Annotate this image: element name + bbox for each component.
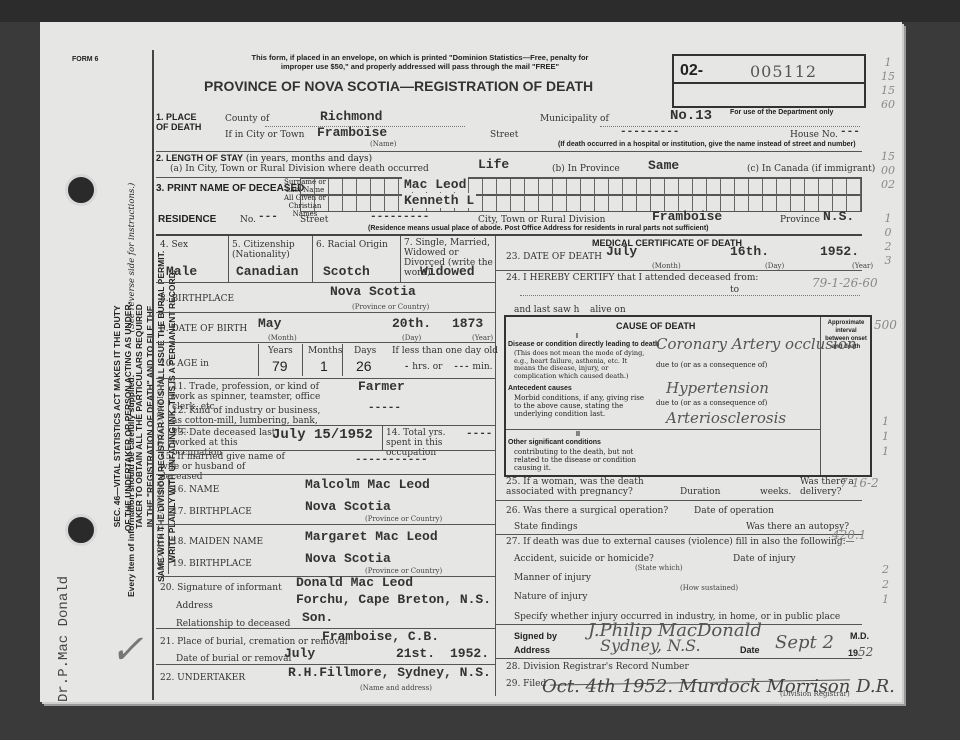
day-caption: (Day) [402, 334, 421, 342]
industry-value: ----- [368, 402, 401, 414]
residence-street-value: --------- [370, 211, 429, 223]
weeks-label: weeks. [760, 487, 791, 497]
check-mark-icon: ✓ [110, 627, 144, 673]
years-value: 79 [272, 358, 288, 374]
burial-day: 21st. [396, 646, 435, 661]
residence-province-value: N.S. [823, 209, 854, 224]
divider [496, 534, 862, 535]
cell-divider [228, 236, 229, 282]
street-label: Street [490, 130, 518, 140]
margin-note: 1 [882, 414, 889, 429]
hrs-min-row: - hrs. or --- min. [404, 362, 492, 372]
citizenship-value: Canadian [236, 264, 298, 279]
due-to-label: due to (or as a consequence of) [656, 399, 767, 407]
residence-note: (Residence means usual place of abode. P… [368, 225, 709, 232]
divider [168, 425, 495, 426]
given-names-value: Kenneth L [402, 193, 476, 208]
physician-stamp: Dr.P.Mac Donald [56, 576, 72, 702]
hrs-label: hrs. or [412, 362, 442, 372]
stay-province-value: Same [648, 158, 679, 173]
house-value: --- [840, 126, 860, 138]
province-caption: (Province or Country) [365, 515, 442, 523]
stay-province-label: (b) In Province [552, 164, 620, 174]
trade-value: Farmer [358, 379, 405, 394]
box-divider [674, 82, 864, 84]
margin-note: 15 [876, 150, 900, 164]
filed-note: Oct. 4th 1952. Murdock Morrison D.R. [542, 676, 895, 697]
antecedent-label: Antecedent causes [508, 385, 572, 392]
margin-note: 2 [876, 240, 900, 254]
filed-label: 29. Filed [506, 679, 546, 689]
margin-note: 3 [876, 254, 900, 268]
accident-label: Accident, suicide or homicide? [514, 554, 654, 564]
age-label: 10. AGE in [160, 359, 209, 369]
stay-city-label: (a) In City, Town or Rural Division wher… [170, 164, 429, 174]
physician-address-value: Sydney, N.S. [600, 636, 701, 655]
pregnancy-question: 25. If a woman, was the death associated… [506, 477, 646, 497]
margin-note-code: 420.1 [832, 528, 866, 542]
city-label: If in City or Town [225, 130, 304, 140]
mother-side-label: MOTHER [156, 525, 165, 570]
margin-notes-name: 15 00 02 [876, 150, 900, 192]
operation-date-label: Date of operation [694, 506, 774, 516]
racial-origin-value: Scotch [323, 264, 370, 279]
margin-note-date: 7-16-2 [840, 476, 879, 490]
stay-city-value: Life [478, 157, 509, 172]
informant-address-label: Address [176, 601, 213, 611]
margin-notes-injury: 2 2 1 [882, 562, 889, 607]
informant-signature-label: 20. Signature of informant [160, 583, 282, 593]
divider [156, 450, 495, 451]
dod-month: July [606, 244, 637, 259]
cause-b-value: Hypertension [666, 379, 769, 397]
margin-note: 1 [882, 429, 889, 444]
binder-hole-icon [65, 514, 97, 546]
mother-name-label: 18. MAIDEN NAME [172, 537, 263, 547]
place-of-death-label: 1. PLACE OF DEATH [156, 112, 211, 132]
burial-place-value: Framboise, C.B. [322, 629, 439, 644]
physician-address-label: Address [514, 645, 550, 655]
state-which-caption: (State which) [635, 564, 683, 572]
injury-date-label: Date of injury [733, 554, 796, 564]
residence-label: RESIDENCE [158, 214, 216, 225]
last-worked-value: July 15/1952 [272, 427, 373, 443]
month-caption: (Month) [268, 334, 297, 342]
alive-on-label: alive on [590, 305, 626, 315]
birthplace-value: Nova Scotia [330, 284, 416, 299]
margin-notes-causes: 1 1 1 [882, 414, 889, 459]
death-registration-form: FORM 6 Dr.P.Mac Donald ✓ SEC. 46—VITAL S… [40, 22, 902, 702]
to-label: to [730, 285, 739, 295]
divider [156, 234, 862, 236]
registration-number: 005112 [750, 62, 817, 81]
signed-date-label: Date [740, 645, 760, 655]
father-birthplace-value: Nova Scotia [305, 499, 391, 514]
cell-divider [168, 378, 169, 450]
min-value: --- [453, 362, 469, 372]
given-names-box-grid [300, 194, 862, 212]
mother-name-value: Margaret Mac Leod [305, 529, 438, 544]
cause-title: CAUSE OF DEATH [616, 321, 695, 331]
stay-canada-label: (c) In Canada (if immigrant) [747, 164, 875, 174]
margin-note: 15 [876, 84, 900, 98]
residence-street-label: Street [300, 215, 328, 225]
last-saw-label: and last saw h [514, 305, 579, 315]
certify-label: 24. I HEREBY CERTIFY that I attended dec… [506, 273, 758, 283]
days-value: 26 [356, 358, 372, 374]
margin-note: 00 [876, 164, 900, 178]
undertaker-label: 22. UNDERTAKER [160, 673, 245, 683]
direct-cause-label: Disease or condition directly leading to… [508, 341, 659, 348]
residence-city-label: City, Town or Rural Division [478, 215, 605, 225]
municipality-value: No.13 [670, 108, 712, 124]
racial-origin-label: 6. Racial Origin [316, 240, 388, 250]
other-conditions-note: contributing to the death, but not relat… [514, 448, 650, 472]
months-label: Months [236, 346, 342, 356]
birthplace-label: 8. BIRTHPLACE [160, 294, 234, 304]
month-caption: (Month) [652, 262, 681, 270]
margin-note: 1 [882, 444, 889, 459]
residence-no-label: No. [240, 215, 256, 225]
spouse-label: 15. If married give name of wife or husb… [160, 452, 290, 482]
cause-a-value: Coronary Artery occlusion [656, 335, 857, 353]
instructions-note: Every item of information should be care… [126, 183, 138, 597]
marital-status-value: Widowed [420, 264, 475, 279]
sex-label: 4. Sex [160, 240, 188, 250]
dod-year: 1952. [820, 244, 859, 259]
informant-signature-value: Donald Mac Leod [296, 575, 413, 590]
spouse-value: ----------- [355, 454, 428, 466]
part-two-label: II [576, 431, 580, 438]
record-number-label: 28. Division Registrar's Record Number [506, 662, 689, 672]
months-value: 1 [320, 358, 328, 374]
margin-note: 60 [876, 98, 900, 112]
antecedent-note: Morbid conditions, if any, giving rise t… [514, 394, 650, 418]
dob-month: May [258, 316, 281, 331]
scanner-background [0, 0, 960, 22]
hrs-value: - [404, 362, 409, 372]
dob-day: 20th. [392, 316, 431, 331]
sex-value: Male [166, 264, 197, 279]
cell-divider [400, 236, 401, 282]
citizenship-label: 5. Citizenship (Nationality) [232, 240, 310, 260]
county-label: County of [225, 114, 269, 124]
form-number: FORM 6 [72, 56, 98, 63]
length-of-stay-row: 2. LENGTH OF STAY (in years, months and … [156, 153, 372, 164]
part-one-label: I [576, 333, 578, 340]
father-name-label: 16. NAME [172, 485, 219, 495]
operation-question: 26. Was there a surgical operation? [506, 506, 668, 516]
margin-note: 1 [876, 212, 900, 226]
occupation-side-label: OCCUPATION [156, 379, 165, 447]
md-label: M.D. [850, 631, 869, 641]
margin-note-interval: 500 [874, 318, 897, 332]
residence-province-label: Province [780, 215, 820, 225]
divider [496, 270, 862, 271]
min-label: min. [472, 362, 492, 372]
margin-note: 02 [876, 178, 900, 192]
year-prefix: 19 [848, 648, 858, 658]
divider [156, 342, 495, 343]
day-caption: (Day) [765, 262, 784, 270]
cell-divider [382, 425, 383, 450]
hospital-note: (If death occurred in a hospital or inst… [558, 141, 856, 148]
dob-label: 9. DATE OF BIRTH [160, 324, 247, 334]
year-caption: (Year) [472, 334, 493, 342]
signed-by-label: Signed by [514, 631, 557, 641]
mother-birthplace-label: 19. BIRTHPLACE [172, 559, 252, 569]
margin-notes-top: 1 15 15 60 [876, 56, 900, 112]
divider [156, 524, 495, 525]
margin-divider [152, 50, 154, 700]
relationship-value: Son. [302, 610, 333, 625]
registration-prefix: 02- [680, 62, 703, 80]
year-caption: (Year) [852, 262, 873, 270]
margin-note: 1 [882, 592, 889, 607]
manner-label: Manner of injury [514, 573, 591, 583]
other-conditions-label: Other significant conditions [508, 439, 601, 446]
total-years-value: ---- [466, 428, 492, 440]
divider [156, 378, 495, 379]
municipality-label: Municipality of [540, 114, 609, 124]
house-label: House No. [790, 130, 838, 140]
days-label: Days [354, 346, 376, 356]
name-caption: (Name) [370, 140, 397, 148]
father-name-value: Malcolm Mac Leod [305, 477, 430, 492]
how-sustained-caption: (How sustained) [680, 584, 738, 592]
residence-city-value: Framboise [652, 209, 722, 224]
divider [156, 474, 495, 475]
burial-place-label: 21. Place of burial, cremation or remova… [160, 637, 348, 647]
external-causes-question: 27. If death was due to external causes … [506, 537, 855, 547]
mail-notice: This form, if placed in an envelope, on … [240, 53, 600, 71]
margin-note-age: 79-1-26-60 [812, 276, 878, 290]
cause-of-death-box: Approximate interval between onset and d… [504, 315, 872, 477]
signed-date-value: Sept 2 [775, 632, 834, 653]
margin-note: 2 [882, 562, 889, 577]
margin-note: 15 [876, 70, 900, 84]
length-of-stay-sublabel: (in years, months and days) [246, 154, 372, 164]
divider [156, 282, 495, 283]
province-caption: (Province or Country) [352, 303, 429, 311]
undertaker-caption: (Name and address) [360, 684, 432, 692]
duration-label: Duration [680, 487, 720, 497]
attended-line [520, 287, 860, 296]
dod-day: 16th. [730, 244, 769, 259]
column-divider [495, 236, 496, 696]
signed-year: 1952 [848, 645, 873, 659]
burial-date-label: Date of burial or removal [176, 654, 291, 664]
city-value: Framboise [317, 125, 387, 140]
cell-divider [312, 236, 313, 282]
direct-cause-note: (This does not mean the mode of dying, e… [514, 350, 650, 380]
divider [156, 151, 862, 152]
dod-label: 23. DATE OF DEATH [506, 252, 602, 262]
less-than-day-label: If less than one day old [392, 346, 498, 356]
burial-month: July [284, 646, 315, 661]
divider [496, 500, 862, 501]
mother-birthplace-value: Nova Scotia [305, 551, 391, 566]
surname-value: Mac Leod [402, 177, 468, 192]
divider [506, 429, 820, 430]
due-to-label: due to (or as a consequence of) [656, 361, 767, 369]
year-value: 52 [858, 645, 873, 659]
county-value: Richmond [320, 109, 382, 124]
divider [156, 312, 495, 313]
father-birthplace-label: 17. BIRTHPLACE [172, 507, 252, 517]
department-box: 02- 005112 [672, 54, 866, 108]
margin-note: 1 [876, 56, 900, 70]
father-side-label: FATHER [156, 480, 165, 520]
burial-year: 1952. [450, 646, 489, 661]
margin-notes-residence: 1 0 2 3 [876, 212, 900, 268]
margin-note: 0 [876, 226, 900, 240]
undertaker-value: R.H.Fillmore, Sydney, N.S. [288, 665, 491, 680]
informant-address-value: Forchu, Cape Breton, N.S. [296, 592, 491, 607]
province-caption: (Province or Country) [365, 567, 442, 575]
dob-year: 1873 [452, 316, 483, 331]
binder-hole-icon [65, 174, 97, 206]
page-title: PROVINCE OF NOVA SCOTIA—REGISTRATION OF … [204, 78, 593, 94]
margin-note: 2 [882, 577, 889, 592]
length-of-stay-label: 2. LENGTH OF STAY [156, 153, 243, 163]
residence-no-value: --- [258, 211, 278, 223]
nature-label: Nature of injury [514, 592, 587, 602]
street-value: --------- [620, 126, 679, 138]
cause-c-value: Arteriosclerosis [666, 409, 786, 427]
divider [496, 658, 862, 659]
findings-label: State findings [514, 522, 578, 532]
